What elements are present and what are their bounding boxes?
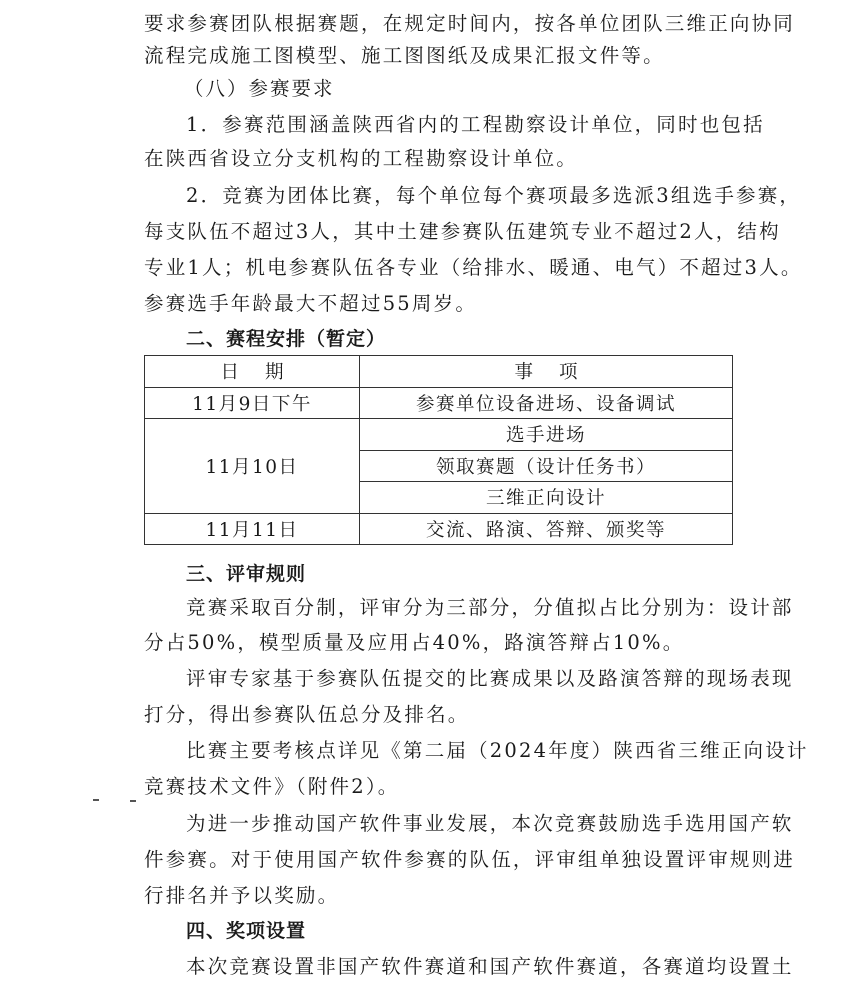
paragraph-line: 分占50%，模型质量及应用占40%，路演答辩占10%。 — [144, 631, 684, 655]
table-row: 11月11日 交流、路演、答辩、颁奖等 — [145, 513, 733, 545]
section-heading-schedule: 二、赛程安排（暂定） — [186, 327, 386, 351]
header-item: 事项 — [360, 356, 733, 388]
paragraph-line: 在陕西省设立分支机构的工程勘察设计单位。 — [144, 147, 578, 171]
cell-date: 11月9日下午 — [145, 387, 360, 419]
paragraph-line: 1．参赛范围涵盖陕西省内的工程勘察设计单位，同时也包括 — [186, 113, 765, 137]
scan-artifact — [93, 799, 99, 801]
cell-item: 交流、路演、答辩、颁奖等 — [360, 513, 733, 545]
paragraph-line: 每支队伍不超过3人，其中土建参赛队伍建筑专业不超过2人，结构 — [144, 220, 781, 244]
paragraph-line: 打分，得出参赛队伍总分及排名。 — [144, 703, 470, 727]
paragraph-line: 为进一步推动国产软件事业发展，本次竞赛鼓励选手选用国产软 — [186, 812, 794, 836]
paragraph-line: 件参赛。对于使用国产软件参赛的队伍，评审组单独设置评审规则进 — [144, 848, 795, 872]
table-row: 11月10日 选手进场 — [145, 419, 733, 451]
cell-date: 11月11日 — [145, 513, 360, 545]
schedule-table: 日期 事项 11月9日下午 参赛单位设备进场、设备调试 11月10日 选手进场 … — [144, 355, 733, 545]
paragraph-line: 评审专家基于参赛队伍提交的比赛成果以及路演答辩的现场表现 — [186, 667, 794, 691]
paragraph-line: 比赛主要考核点详见《第二届（2024年度）陕西省三维正向设计 — [186, 739, 809, 763]
paragraph-line: 流程完成施工图模型、施工图图纸及成果汇报文件等。 — [144, 44, 665, 68]
paragraph-line: 要求参赛团队根据赛题，在规定时间内，按各单位团队三维正向协同 — [144, 12, 795, 36]
scan-artifact — [130, 800, 136, 802]
section-heading-review-rules: 三、评审规则 — [186, 562, 306, 586]
document-page: 要求参赛团队根据赛题，在规定时间内，按各单位团队三维正向协同 流程完成施工图模型… — [0, 0, 847, 982]
paragraph-line: 参赛选手年龄最大不超过55周岁。 — [144, 292, 477, 316]
cell-date: 11月10日 — [145, 419, 360, 514]
paragraph-line: 竞赛技术文件》（附件2）。 — [144, 775, 400, 799]
paragraph-line: 行排名并予以奖励。 — [144, 884, 339, 908]
table-header-row: 日期 事项 — [145, 356, 733, 388]
paragraph-line: 本次竞赛设置非国产软件赛道和国产软件赛道，各赛道均设置土 — [186, 955, 794, 979]
paragraph-line: 2．竞赛为团体比赛，每个单位每个赛项最多选派3组选手参赛， — [186, 184, 801, 208]
cell-item: 领取赛题（设计任务书） — [360, 450, 733, 482]
paragraph-line: 竞赛采取百分制，评审分为三部分，分值拟占比分别为：设计部 — [186, 596, 794, 620]
cell-item: 参赛单位设备进场、设备调试 — [360, 387, 733, 419]
header-date: 日期 — [145, 356, 360, 388]
section-heading-awards: 四、奖项设置 — [186, 919, 306, 943]
table-row: 11月9日下午 参赛单位设备进场、设备调试 — [145, 387, 733, 419]
paragraph-line: 专业1人；机电参赛队伍各专业（给排水、暖通、电气）不超过3人。 — [144, 256, 803, 280]
cell-item: 选手进场 — [360, 419, 733, 451]
cell-item: 三维正向设计 — [360, 482, 733, 514]
section-heading-participation-requirements: （八）参赛要求 — [184, 77, 335, 101]
